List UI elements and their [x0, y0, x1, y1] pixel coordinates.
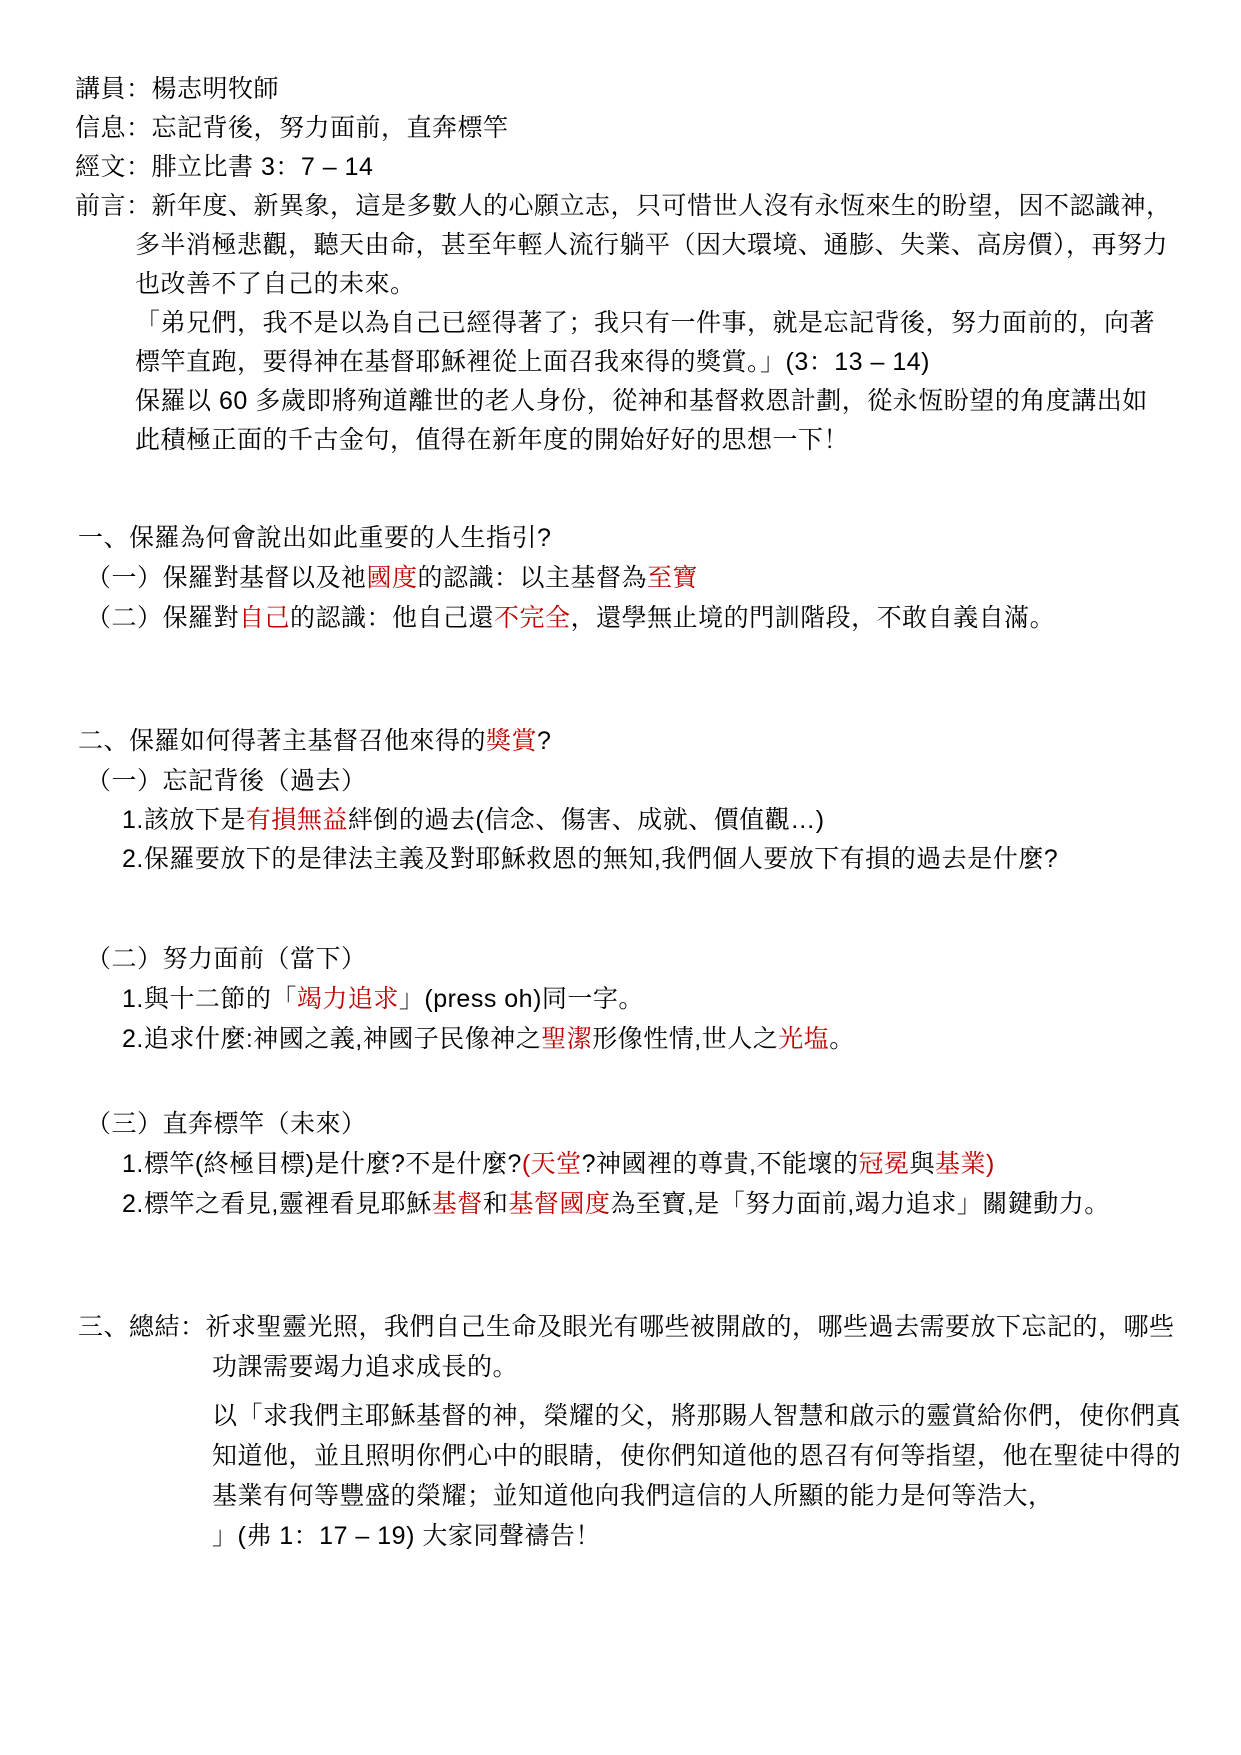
section-2-sub-1-item-2: 2.保羅要放下的是律法主義及對耶穌救恩的無知,我們個人要放下有損的過去是什麼? [122, 846, 1058, 873]
text-segment: 也改善不了自己的未來。 [135, 270, 416, 298]
text-segment: 基業有何等豐盛的榮耀；並知道他向我們這信的人所顯的能力是何等浩大， [212, 1482, 1054, 1510]
scripture-quote-line-2: 標竿直跑，要得神在基督耶穌裡從上面召我來得的獎賞。」(3：13 – 14) [135, 349, 930, 376]
text-segment: 與 [910, 1150, 936, 1178]
highlighted-text-segment: 冠冕 [859, 1150, 910, 1178]
text-segment: ?神國裡的尊貴,不能壞的 [582, 1150, 859, 1178]
paul-context-line-2: 此積極正面的千古金句，值得在新年度的開始好好的思想一下！ [135, 427, 849, 454]
text-segment: 2.追求什麼:神國之義,神國子民像神之 [122, 1025, 541, 1053]
text-segment: （三）直奔標竿（未來） [86, 1110, 367, 1138]
highlighted-text-segment: 有損無益 [246, 806, 348, 834]
text-segment: 信息：忘記背後，努力面前，直奔標竿 [75, 114, 509, 142]
highlighted-text-segment: 基業) [935, 1150, 995, 1178]
text-segment: 1.標竿(終極目標)是什麼?不是什麼? [122, 1150, 522, 1178]
section-2-sub-1-item-1: 1.該放下是有損無益絆倒的過去(信念、傷害、成就、價值觀…) [122, 807, 825, 834]
preface-line-2: 多半消極悲觀，聽天由命，甚至年輕人流行躺平（因大環境、通膨、失業、高房價），再努… [135, 232, 1168, 259]
highlighted-text-segment: 基督 [432, 1190, 483, 1218]
highlighted-text-segment: 自己 [239, 604, 290, 632]
section-1-point-2: （二）保羅對自己的認識：他自己還不完全，還學無止境的門訓階段，不敢自義自滿。 [86, 605, 1055, 632]
text-segment: 為至寶,是「努力面前,竭力追求」關鍵動力。 [610, 1190, 1109, 1218]
text-segment: 前言：新年度、新異象，這是多數人的心願立志，只可惜世人沒有永恆來生的盼望，因不認… [75, 192, 1172, 220]
scripture-line: 經文：腓立比書 3：7 – 14 [75, 154, 373, 181]
text-segment: 標竿直跑，要得神在基督耶穌裡從上面召我來得的獎賞。」(3：13 – 14) [135, 348, 930, 376]
text-segment: 。 [829, 1025, 855, 1053]
section-2-heading: 二、保羅如何得著主基督召他來得的獎賞? [78, 728, 551, 755]
section-2-sub-2-item-1: 1.與十二節的「竭力追求」(press oh)同一字。 [122, 986, 644, 1013]
scripture-quote-line-1: 「弟兄們，我不是以為自己已經得著了；我只有一件事，就是忘記背後，努力面前的，向著 [135, 310, 1155, 337]
text-segment: 一、保羅為何會說出如此重要的人生指引? [78, 524, 551, 552]
section-3-heading: 三、總結：祈求聖靈光照，我們自己生命及眼光有哪些被開啟的，哪些過去需要放下忘記的… [78, 1314, 1175, 1341]
text-segment: 經文：腓立比書 3：7 – 14 [75, 153, 373, 181]
highlighted-text-segment: (天堂 [522, 1150, 582, 1178]
highlighted-text-segment: 聖潔 [541, 1025, 592, 1053]
highlighted-text-segment: 獎賞 [486, 727, 537, 755]
text-segment: 形像性情,世人之 [592, 1025, 778, 1053]
text-segment: （一）保羅對基督以及祂 [86, 564, 367, 592]
section-2-sub-3-item-1: 1.標竿(終極目標)是什麼?不是什麼?(天堂?神國裡的尊貴,不能壞的冠冕與基業) [122, 1151, 995, 1178]
preface-line-1: 前言：新年度、新異象，這是多數人的心願立志，只可惜世人沒有永恆來生的盼望，因不認… [75, 193, 1172, 220]
text-segment: （二）努力面前（當下） [86, 945, 367, 973]
text-segment: 2.標竿之看見,靈裡看見耶穌 [122, 1190, 432, 1218]
text-segment: 和 [483, 1190, 509, 1218]
text-segment: 1.該放下是 [122, 806, 246, 834]
preface-line-3: 也改善不了自己的未來。 [135, 271, 416, 298]
text-segment: 1.與十二節的「 [122, 985, 297, 1013]
prayer-quote-line-2: 知道他，並且照明你們心中的眼睛，使你們知道他的恩召有何等指望，他在聖徒中得的 [212, 1443, 1181, 1470]
highlighted-text-segment: 光塩 [778, 1025, 829, 1053]
conclusion-line-2: 功課需要竭力追求成長的。 [212, 1354, 518, 1381]
text-segment: （一）忘記背後（過去） [86, 767, 367, 795]
text-segment: 「弟兄們，我不是以為自己已經得著了；我只有一件事，就是忘記背後，努力面前的，向著 [135, 309, 1155, 337]
text-segment: 絆倒的過去(信念、傷害、成就、價值觀…) [348, 806, 825, 834]
text-segment: 講員：楊志明牧師 [75, 75, 279, 103]
text-segment: 以「求我們主耶穌基督的神，榮耀的父，將那賜人智慧和啟示的靈賞給你們，使你們真 [212, 1402, 1181, 1430]
section-1-heading: 一、保羅為何會說出如此重要的人生指引? [78, 525, 551, 552]
highlighted-text-segment: 竭力追求 [297, 985, 399, 1013]
text-segment: 功課需要竭力追求成長的。 [212, 1353, 518, 1381]
text-segment: ? [537, 727, 551, 755]
prayer-closing-line: 」(弗 1：17 – 19) 大家同聲禱告！ [212, 1523, 601, 1550]
section-2-sub-2-heading: （二）努力面前（當下） [86, 946, 367, 973]
highlighted-text-segment: 國度 [367, 564, 418, 592]
highlighted-text-segment: 至寶 [647, 564, 698, 592]
section-2-sub-2-item-2: 2.追求什麼:神國之義,神國子民像神之聖潔形像性情,世人之光塩。 [122, 1026, 855, 1053]
text-segment: 保羅以 60 多歲即將殉道離世的老人身份，從神和基督救恩計劃，從永恆盼望的角度講… [135, 387, 1148, 415]
text-segment: 知道他，並且照明你們心中的眼睛，使你們知道他的恩召有何等指望，他在聖徒中得的 [212, 1442, 1181, 1470]
text-segment: （二）保羅對 [86, 604, 239, 632]
section-1-point-1: （一）保羅對基督以及祂國度的認識：以主基督為至寶 [86, 565, 698, 592]
text-segment: 多半消極悲觀，聽天由命，甚至年輕人流行躺平（因大環境、通膨、失業、高房價），再努… [135, 231, 1168, 259]
text-segment: 的認識：以主基督為 [418, 564, 648, 592]
paul-context-line-1: 保羅以 60 多歲即將殉道離世的老人身份，從神和基督救恩計劃，從永恆盼望的角度講… [135, 388, 1148, 415]
text-segment: 的認識：他自己還 [290, 604, 494, 632]
prayer-quote-line-1: 以「求我們主耶穌基督的神，榮耀的父，將那賜人智慧和啟示的靈賞給你們，使你們真 [212, 1403, 1181, 1430]
highlighted-text-segment: 基督國度 [508, 1190, 610, 1218]
text-segment: ，還學無止境的門訓階段，不敢自義自滿。 [571, 604, 1056, 632]
section-2-sub-3-item-2: 2.標竿之看見,靈裡看見耶穌基督和基督國度為至寶,是「努力面前,竭力追求」關鍵動… [122, 1191, 1110, 1218]
text-segment: 三、總結：祈求聖靈光照，我們自己生命及眼光有哪些被開啟的，哪些過去需要放下忘記的… [78, 1313, 1175, 1341]
speaker-line: 講員：楊志明牧師 [75, 76, 279, 103]
section-2-sub-1-heading: （一）忘記背後（過去） [86, 768, 367, 795]
highlighted-text-segment: 不完全 [494, 604, 571, 632]
text-segment: 二、保羅如何得著主基督召他來得的 [78, 727, 486, 755]
text-segment: 2.保羅要放下的是律法主義及對耶穌救恩的無知,我們個人要放下有損的過去是什麼? [122, 845, 1058, 873]
message-title-line: 信息：忘記背後，努力面前，直奔標竿 [75, 115, 509, 142]
document-page: 講員：楊志明牧師信息：忘記背後，努力面前，直奔標竿經文：腓立比書 3：7 – 1… [0, 0, 1241, 1755]
text-segment: 此積極正面的千古金句，值得在新年度的開始好好的思想一下！ [135, 426, 849, 454]
section-2-sub-3-heading: （三）直奔標竿（未來） [86, 1111, 367, 1138]
text-segment: 」(弗 1：17 – 19) 大家同聲禱告！ [212, 1522, 601, 1550]
text-segment: 」(press oh)同一字。 [399, 985, 644, 1013]
prayer-quote-line-3: 基業有何等豐盛的榮耀；並知道他向我們這信的人所顯的能力是何等浩大， [212, 1483, 1054, 1510]
